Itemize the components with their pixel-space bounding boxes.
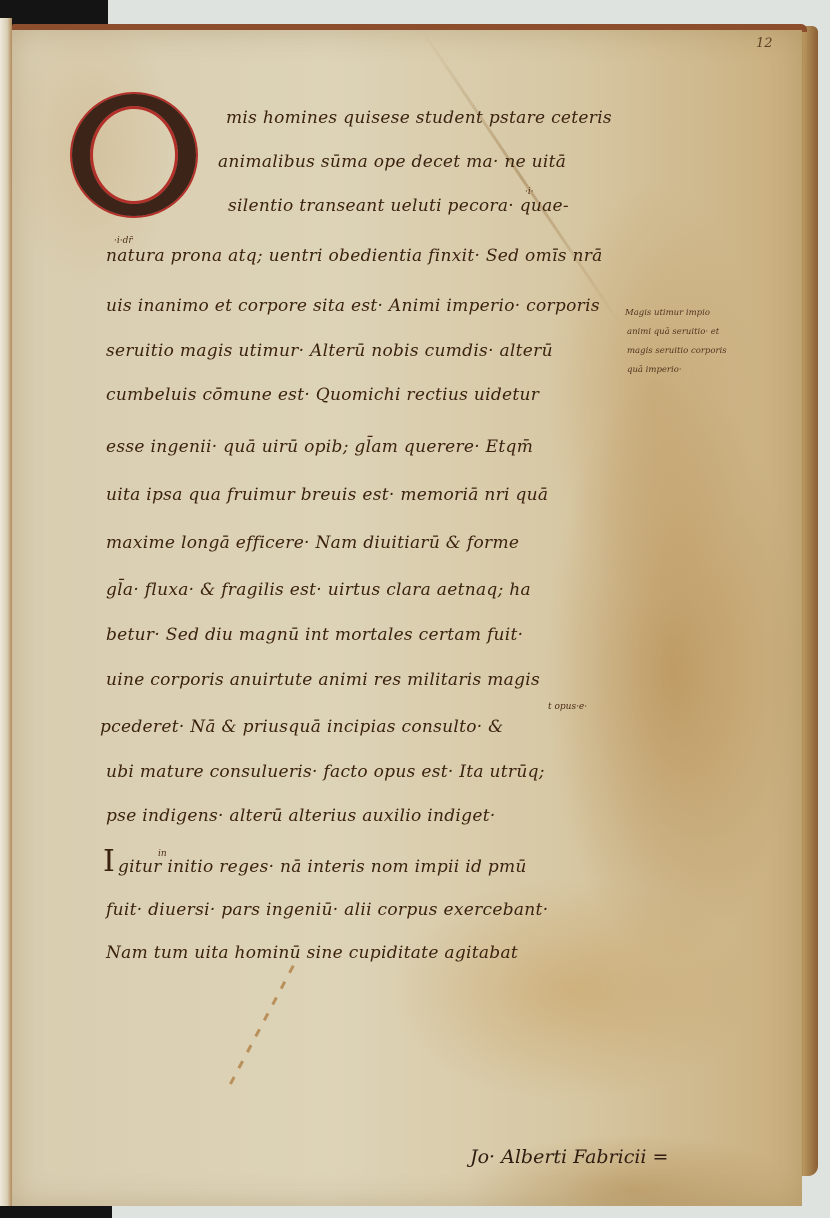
marginal-note-line: magis seruitio corporis <box>625 342 795 361</box>
text-line-4: natura prona atq; uentri obedientia finx… <box>106 246 603 266</box>
binding-edge <box>0 18 12 1208</box>
marginal-note-line: Magis utimur impio <box>625 304 795 323</box>
text-line-16: pse indigens· alterū alterius auxilio in… <box>106 806 496 826</box>
text-line-17: gitur initio reges· nā interis nom impii… <box>118 857 527 877</box>
section-initial-i: I <box>103 844 115 879</box>
marginal-note-line: animi quā seruitio· et <box>625 323 795 342</box>
text-line-12: betur· Sed diu magnū int mortales certam… <box>106 625 523 645</box>
folio-number: 12 <box>756 36 773 51</box>
interlinear-gloss: ·i·dr̄ <box>114 236 133 246</box>
text-line-18: fuit· diuersi· pars ingeniū· alii corpus… <box>106 900 548 920</box>
text-line-14: pcederet· Nā & priusquā incipias consult… <box>100 717 504 737</box>
backdrop-bottom <box>0 1206 112 1218</box>
text-line-11: gl̄a· fluxa· & fragilis est· uirtus clar… <box>106 580 531 600</box>
decorated-initial-o <box>72 94 196 216</box>
text-line-8: esse ingenii· quā uirū opib; gl̄am quere… <box>106 437 533 457</box>
text-line-9: uita ipsa qua fruimur breuis est· memori… <box>106 485 548 505</box>
text-line-19: Nam tum uita hominū sine cupiditate agit… <box>106 943 518 963</box>
text-line-5: uis inanimo et corpore sita est· Animi i… <box>106 296 600 316</box>
marginal-note: Magis utimur impio animi quā seruitio· e… <box>625 304 795 380</box>
interlinear-gloss: ·i· <box>525 187 534 197</box>
text-line-7: cumbeluis cōmune est· Quomichi rectius u… <box>106 385 539 405</box>
text-line-10: maxime longā efficere· Nam diuitiarū & f… <box>106 533 519 553</box>
text-line-1: mis homines quisese student pstare ceter… <box>226 108 612 128</box>
text-line-2: animalibus sūma ope decet ma· ne uitā <box>218 152 566 172</box>
text-line-3: silentio transeant ueluti pecora· quae- <box>228 196 569 216</box>
ownership-inscription: Jo· Alberti Fabricii = <box>470 1146 668 1168</box>
text-line-6: seruitio magis utimur· Alterū nobis cumd… <box>106 341 553 361</box>
text-line-15: ubi mature consulueris· facto opus est· … <box>106 762 545 782</box>
text-line-13: uine corporis anuirtute animi res milita… <box>106 670 540 690</box>
marginal-note-line: quā imperio· <box>625 361 795 380</box>
interlinear-gloss: t opus·e· <box>548 702 587 712</box>
interlinear-gloss: in <box>158 849 167 859</box>
